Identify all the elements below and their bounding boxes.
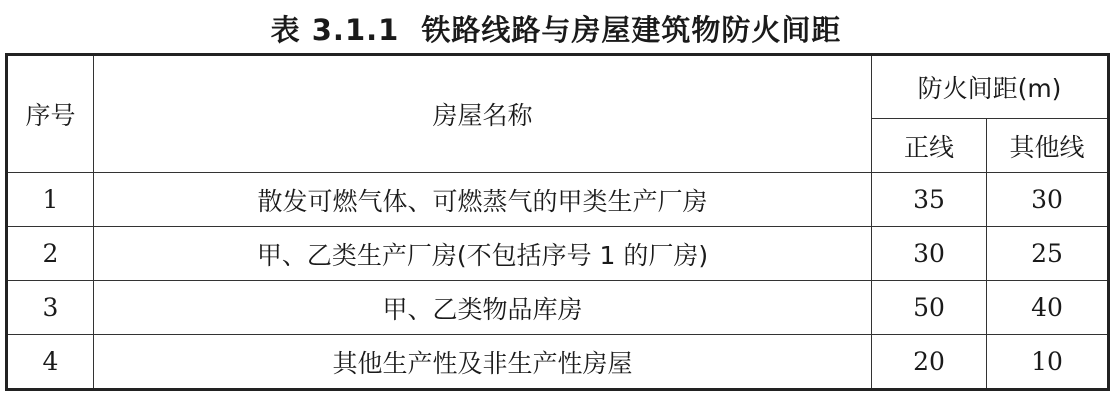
cell-index: 3 <box>7 281 94 335</box>
cell-main-line: 35 <box>872 173 987 227</box>
cell-main-line: 20 <box>872 335 987 390</box>
table-caption: 表 3.1.1铁路线路与房屋建筑物防火间距 <box>0 8 1112 49</box>
table-row: 4 其他生产性及非生产性房屋 20 10 <box>7 335 1109 390</box>
cell-building-name: 散发可燃气体、可燃蒸气的甲类生产厂房 <box>94 173 872 227</box>
table-row: 3 甲、乙类物品库房 50 40 <box>7 281 1109 335</box>
cell-building-name: 甲、乙类物品库房 <box>94 281 872 335</box>
cell-building-name: 甲、乙类生产厂房(不包括序号 1 的厂房) <box>94 227 872 281</box>
table-row: 1 散发可燃气体、可燃蒸气的甲类生产厂房 35 30 <box>7 173 1109 227</box>
table-title: 铁路线路与房屋建筑物防火间距 <box>421 13 841 47</box>
cell-main-line: 30 <box>872 227 987 281</box>
cell-building-name: 其他生产性及非生产性房屋 <box>94 335 872 390</box>
header-other-line: 其他线 <box>987 119 1109 173</box>
cell-main-line: 50 <box>872 281 987 335</box>
header-main-line: 正线 <box>872 119 987 173</box>
cell-index: 2 <box>7 227 94 281</box>
cell-other-line: 30 <box>987 173 1109 227</box>
fire-distance-table: 序号 房屋名称 防火间距(m) 正线 其他线 1 散发可燃气体、可燃蒸气的甲类生… <box>5 53 1110 391</box>
cell-index: 1 <box>7 173 94 227</box>
table-row: 2 甲、乙类生产厂房(不包括序号 1 的厂房) 30 25 <box>7 227 1109 281</box>
cell-other-line: 25 <box>987 227 1109 281</box>
header-building-name: 房屋名称 <box>94 55 872 173</box>
cell-other-line: 10 <box>987 335 1109 390</box>
cell-index: 4 <box>7 335 94 390</box>
header-fire-distance: 防火间距(m) <box>872 55 1109 119</box>
header-index: 序号 <box>7 55 94 173</box>
cell-other-line: 40 <box>987 281 1109 335</box>
table-number: 表 3.1.1 <box>271 13 400 47</box>
